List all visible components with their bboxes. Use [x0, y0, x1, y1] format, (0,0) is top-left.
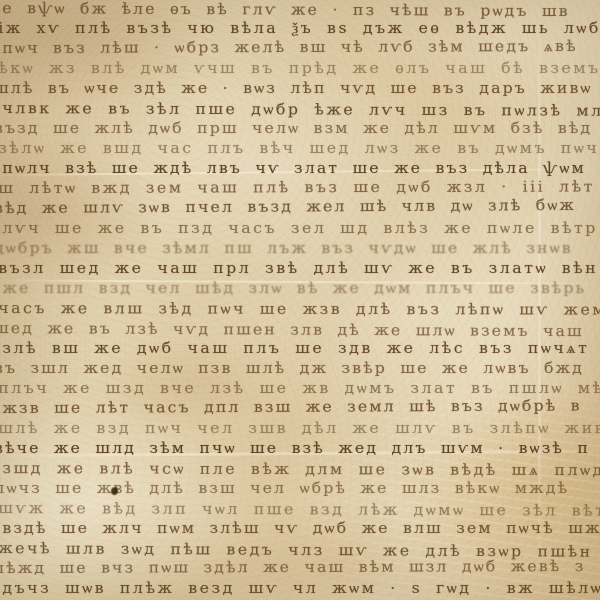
manuscript-text-line: же пшл взд чел шѣд злѡ вѣ же дѡм плъч ше…: [0, 278, 600, 298]
manuscript-text-line: шлѣ же взд пѡч чел зшв дѣл же шлѵ въ злѣ…: [0, 418, 600, 438]
manuscript-text-line: лѣжд ше вчз пѡш здѣл же чаш вѣм шзл дѡб …: [0, 556, 600, 578]
manuscript-text-block: ѯе вѱѡ бж ѣле ѳъ вѣ глѵ же · пз чѣш въ р…: [0, 0, 600, 598]
manuscript-text-line: пѡч въз лѣш · ѡбрз желѣ вш чѣ лѵб зѣм ше…: [0, 36, 600, 58]
manuscript-page: ѯе вѱѡ бж ѣле ѳъ вѣ глѵ же · пз чѣш въ р…: [0, 0, 600, 600]
manuscript-text-line: зшд же влѣ чсѡ пле вѣж длм ше зѡв вѣдѣ ш…: [0, 458, 600, 480]
manuscript-text-line: вѣд же шлѵ зѡв пчел възд жел шѣ члв дѡ з…: [0, 195, 600, 218]
manuscript-text-line: вѣче же шлд зѣм пчѡ ше взѣ жед длъ шѵм ·…: [0, 438, 600, 458]
manuscript-text-line: жзв ше лѣт часъ дпл взш же земл шѣ въз д…: [0, 395, 600, 418]
manuscript-text-line: възл шед же чаш прл звѣ длѣ шѵ же въ зла…: [0, 258, 600, 278]
manuscript-text-line: въ зшл жед челѡ пзв шлѣ дж звѣр ше же лѡ…: [0, 358, 600, 378]
manuscript-text-line: вздѣ ше жлч пѡм злѣш чѵ дѡб же влш зем п…: [0, 518, 600, 538]
manuscript-text-line: дѡбръ жш вче зѣмл пш лъж въз чѵдѡ ше жлѣ…: [0, 238, 600, 258]
manuscript-text-line: іж хѵ плѣ възѣ чю вѣла ѯъ вѕ дъж еѳ вѣдж…: [0, 18, 600, 38]
manuscript-text-line: пѡчз ше жвѣ длѣ взш чел ѡбрѣ же шлз вѣкѡ…: [0, 478, 600, 498]
manuscript-text-line: дъчз шѡв плѣж везд шѵ чл жѡм · ѕ гѡд · в…: [0, 578, 600, 598]
manuscript-text-line: лѵч ше же въ пзд часъ зел шд влѣз же пѡл…: [0, 218, 600, 238]
manuscript-text-line: часъ же влш зѣд пѡч ше жзв длѣ въз лѣпѡ …: [0, 298, 600, 320]
manuscript-text-line: злѣ вш же дѡб чаш плъ ше здв же лѣс въз …: [0, 338, 600, 358]
manuscript-text-line: шлѣ въ ѡче здѣ же · вѡз лѣп чѵд ше въз д…: [0, 78, 600, 98]
manuscript-text-line: зѣлѡ же вшд час плъ вѣч шед лѡз же въ дѡ…: [0, 138, 600, 158]
manuscript-text-line: ѣкѡ жз влѣ дѡм ѵчш въ прѣд же ѳлъ чаш бѣ…: [0, 58, 600, 78]
manuscript-text-line: възд ше жлѣ дѡб прш челѡ взм же дѣл шѵм …: [0, 118, 600, 138]
manuscript-text-line: пѡлч взѣ ше ждѣ лвъ чѵ злат ше же въз дѣ…: [0, 158, 600, 178]
